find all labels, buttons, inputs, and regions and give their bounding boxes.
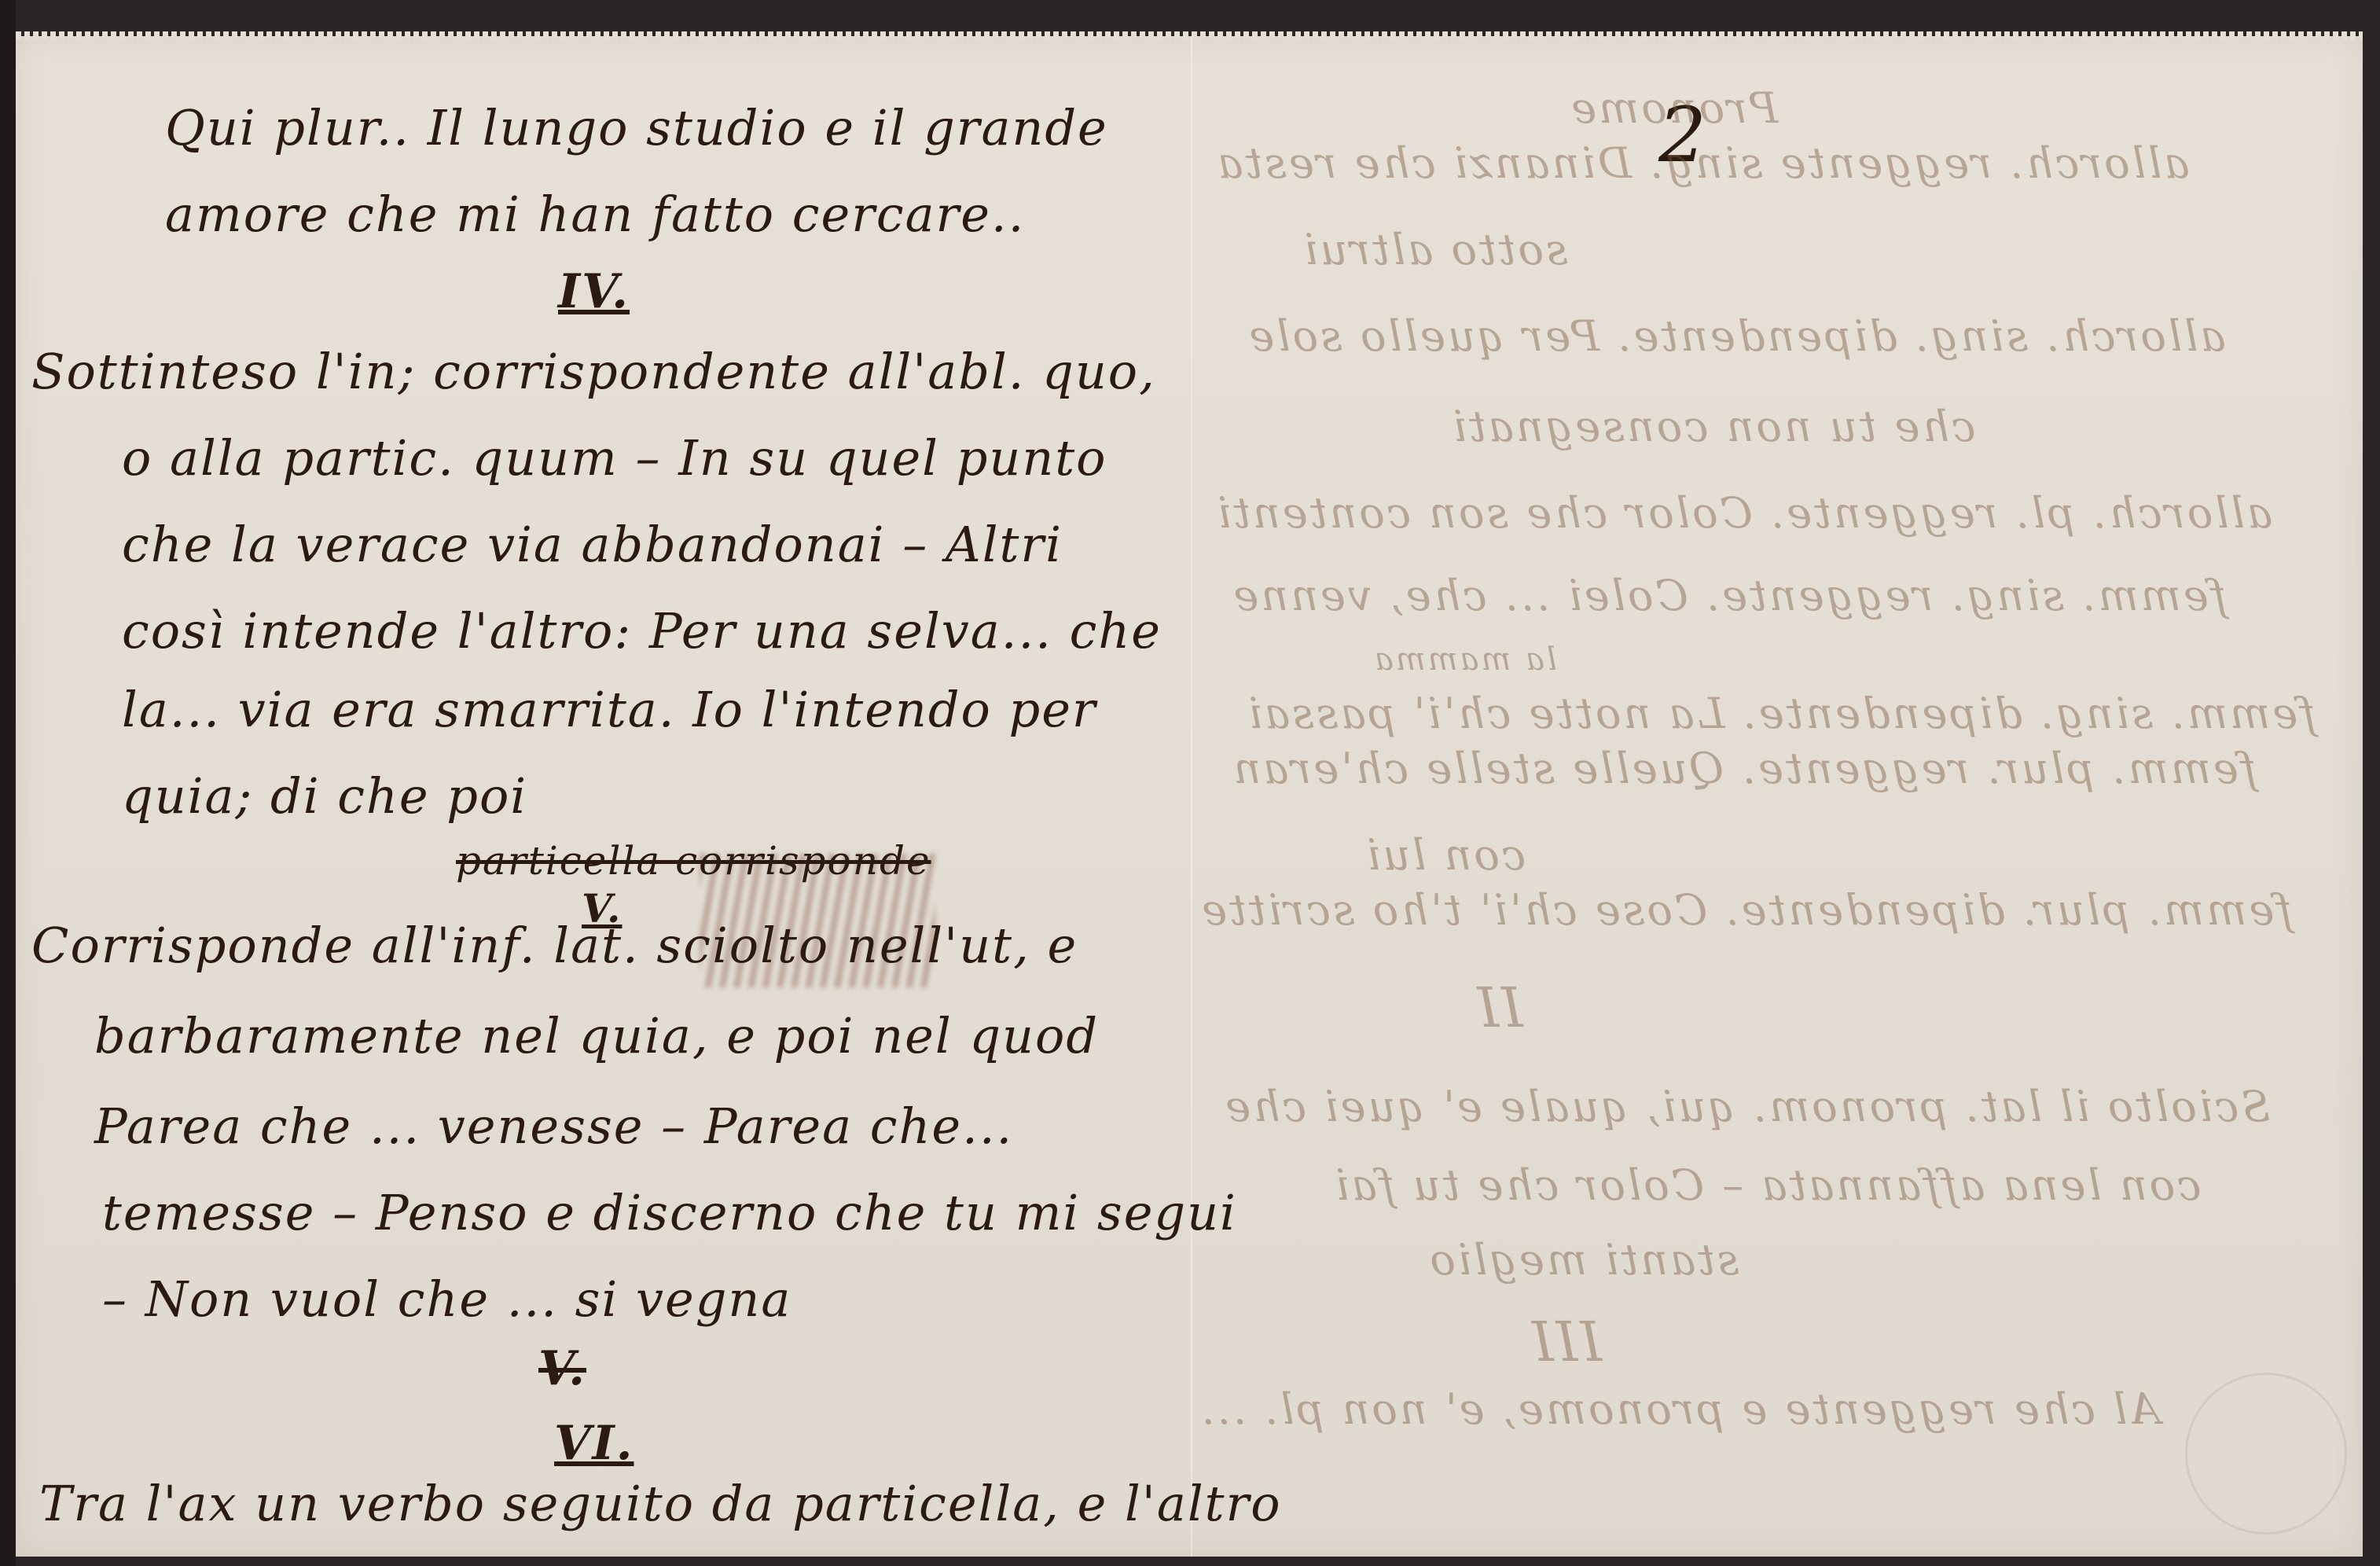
bleed-through-numeral: III xyxy=(1530,1310,1602,1374)
text-line: così intende l'altro: Per una selva... c… xyxy=(122,602,1162,660)
text-line: amore che mi han fatto cercare.. xyxy=(165,186,1025,243)
text-line: Parea che ... venesse – Parea che... xyxy=(94,1097,1013,1155)
bleed-through-line: Al che reggente e pronome, e' non pl. ..… xyxy=(1199,1384,2161,1434)
text-line: Corrisponde all'inf. lat. sciolto nell'u… xyxy=(31,917,1078,974)
bleed-through-line: con lui xyxy=(1364,830,1526,880)
text-line: – Non vuol che ... si vegna xyxy=(102,1270,791,1328)
text-line: Qui plur.. Il lungo studio e il grande xyxy=(165,99,1108,156)
bleed-through-line: femm. sing. dipendente. La notte ch'i' p… xyxy=(1247,689,2316,738)
text-line: la... via era smarrita. Io l'intendo per xyxy=(122,681,1097,738)
text-line: barbaramente nel quia, e poi nel quod xyxy=(94,1007,1099,1064)
bleed-through-line: femm. plur. dipendente. Cose ch'i' t'ho … xyxy=(1199,885,2292,935)
struck-section-numeral: V. xyxy=(538,1341,586,1396)
section-numeral: VI. xyxy=(554,1416,634,1471)
bleed-through-line: stanti meglio xyxy=(1427,1235,1739,1285)
scan-border xyxy=(0,0,16,1566)
bleed-through-line: sotto altrui xyxy=(1302,225,1567,274)
text-line: temesse – Penso e discerno che tu mi seg… xyxy=(102,1184,1237,1241)
text-line: che la verace via abbandonai – Altri xyxy=(122,516,1063,573)
bleed-through-line: femm. sing. reggente. Colei ... che, ven… xyxy=(1231,571,2226,620)
bleed-through-line: femm. plur. reggente. Quelle stelle ch'e… xyxy=(1231,744,2256,793)
bleed-through-line: la mamma xyxy=(1372,641,1557,678)
bleed-through-line: allorch. pl. reggente. Color che son con… xyxy=(1215,488,2272,538)
library-stamp xyxy=(2185,1373,2347,1535)
text-line: o alla partic. quum – In su quel punto xyxy=(122,429,1107,487)
bleed-through-line: allorch. sing. dipendente. Per quello so… xyxy=(1247,311,2225,361)
struck-text-line: particella corrisponde xyxy=(456,838,931,884)
bleed-through-numeral: II xyxy=(1475,976,1522,1040)
bleed-through-line: Pronome xyxy=(1569,83,1778,133)
section-numeral: IV. xyxy=(558,264,630,319)
text-line: Sottinteso l'in; corrispondente all'abl.… xyxy=(31,343,1156,400)
manuscript-page: Qui plur.. Il lungo studio e il grande a… xyxy=(16,36,2363,1557)
bleed-through-line: che tu non consegnati xyxy=(1451,402,1976,451)
text-line: Tra l'ax un verbo seguito da particella,… xyxy=(39,1475,1282,1532)
bleed-through-line: Sciolto il lat. pronom. qui, quale e' qu… xyxy=(1223,1082,2270,1131)
fold-line xyxy=(1191,36,1192,1557)
bleed-through-line: allorch. reggente sing. Dinanzi che rest… xyxy=(1215,138,2189,188)
text-line: quia; di che poi xyxy=(122,767,527,825)
bleed-through-line: con lena affannata – Color che tu fai xyxy=(1333,1160,2201,1210)
